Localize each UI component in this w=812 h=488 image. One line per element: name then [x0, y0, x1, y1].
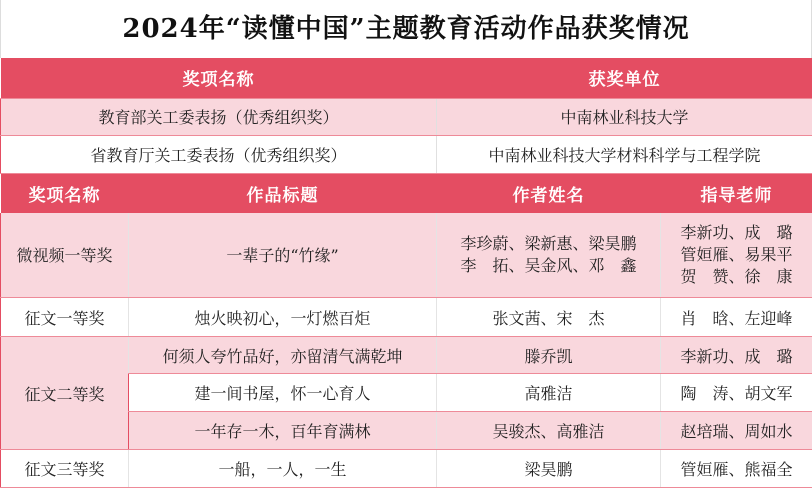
table-row: 微视频一等奖 一辈子的“竹缘” 李珍蔚、梁新惠、梁昊鹏 李 拓、吴金风、邓 鑫 …: [1, 213, 812, 298]
author-names-cell: 李珍蔚、梁新惠、梁昊鹏 李 拓、吴金风、邓 鑫: [437, 213, 661, 298]
work-title-cell: 烛火映初心，一灯燃百炬: [129, 298, 437, 337]
advisor-line: 贺 赞、徐 康: [661, 266, 812, 288]
work-title-cell: 一年存一木，百年育满林: [129, 412, 437, 450]
advisors-cell: 陶 涛、胡文军: [661, 374, 812, 412]
author-names-cell: 张文茜、宋 杰: [437, 298, 661, 337]
author-line: 李珍蔚、梁新惠、梁昊鹏: [437, 233, 660, 255]
advisors-cell: 管姮雁、熊福全: [661, 450, 812, 488]
author-line: 李 拓、吴金风、邓 鑫: [437, 255, 660, 277]
author-names-cell: 高雅洁: [437, 374, 661, 412]
table-row: 征文二等奖 何须人夸竹品好，亦留清气满乾坤 滕乔凯 李新功、成 璐: [1, 337, 812, 374]
award-unit-cell: 中南林业科技大学: [437, 98, 812, 135]
award-name-cell: 征文二等奖: [1, 337, 129, 450]
work-title-cell: 一船，一人，一生: [129, 450, 437, 488]
unit-awards-header: 奖项名称 获奖单位: [1, 58, 812, 98]
award-name-cell: 省教育厅关工委表扬（优秀组织奖）: [1, 135, 437, 173]
work-awards-table: 奖项名称 作品标题 作者姓名 指导老师 微视频一等奖 一辈子的“竹缘” 李珍蔚、…: [0, 174, 812, 488]
page-title: 2024年“读懂中国”主题教育活动作品获奖情况: [0, 0, 812, 58]
author-names-cell: 梁昊鹏: [437, 450, 661, 488]
table-row: 省教育厅关工委表扬（优秀组织奖） 中南林业科技大学材料科学与工程学院: [1, 135, 812, 173]
award-name-cell: 征文一等奖: [1, 298, 129, 337]
table-row: 征文一等奖 烛火映初心，一灯燃百炬 张文茜、宋 杰 肖 晗、左迎峰: [1, 298, 812, 337]
award-name-cell: 微视频一等奖: [1, 213, 129, 298]
header-work-title: 作品标题: [129, 174, 437, 213]
header-author-names: 作者姓名: [437, 174, 661, 213]
work-title-cell: 一辈子的“竹缘”: [129, 213, 437, 298]
advisors-cell: 赵培瑞、周如水: [661, 412, 812, 450]
work-awards-header: 奖项名称 作品标题 作者姓名 指导老师: [1, 174, 812, 213]
award-name-cell: 征文三等奖: [1, 450, 129, 488]
header-award-name: 奖项名称: [1, 174, 129, 213]
header-award-unit: 获奖单位: [437, 58, 812, 98]
work-title-cell: 建一间书屋，怀一心育人: [129, 374, 437, 412]
advisors-cell: 李新功、成 璐 管姮雁、易果平 贺 赞、徐 康: [661, 213, 812, 298]
header-award-name: 奖项名称: [1, 58, 437, 98]
award-name-cell: 教育部关工委表扬（优秀组织奖）: [1, 98, 437, 135]
header-advisors: 指导老师: [661, 174, 812, 213]
author-names-cell: 滕乔凯: [437, 337, 661, 374]
work-title-cell: 何须人夸竹品好，亦留清气满乾坤: [129, 337, 437, 374]
advisor-line: 管姮雁、易果平: [661, 244, 812, 266]
table-row: 教育部关工委表扬（优秀组织奖） 中南林业科技大学: [1, 98, 812, 135]
unit-awards-table: 奖项名称 获奖单位 教育部关工委表扬（优秀组织奖） 中南林业科技大学 省教育厅关…: [0, 58, 812, 174]
advisors-cell: 肖 晗、左迎峰: [661, 298, 812, 337]
author-names-cell: 吴骏杰、高雅洁: [437, 412, 661, 450]
table-row: 征文三等奖 一船，一人，一生 梁昊鹏 管姮雁、熊福全: [1, 450, 812, 488]
award-unit-cell: 中南林业科技大学材料科学与工程学院: [437, 135, 812, 173]
advisor-line: 李新功、成 璐: [661, 222, 812, 244]
advisors-cell: 李新功、成 璐: [661, 337, 812, 374]
